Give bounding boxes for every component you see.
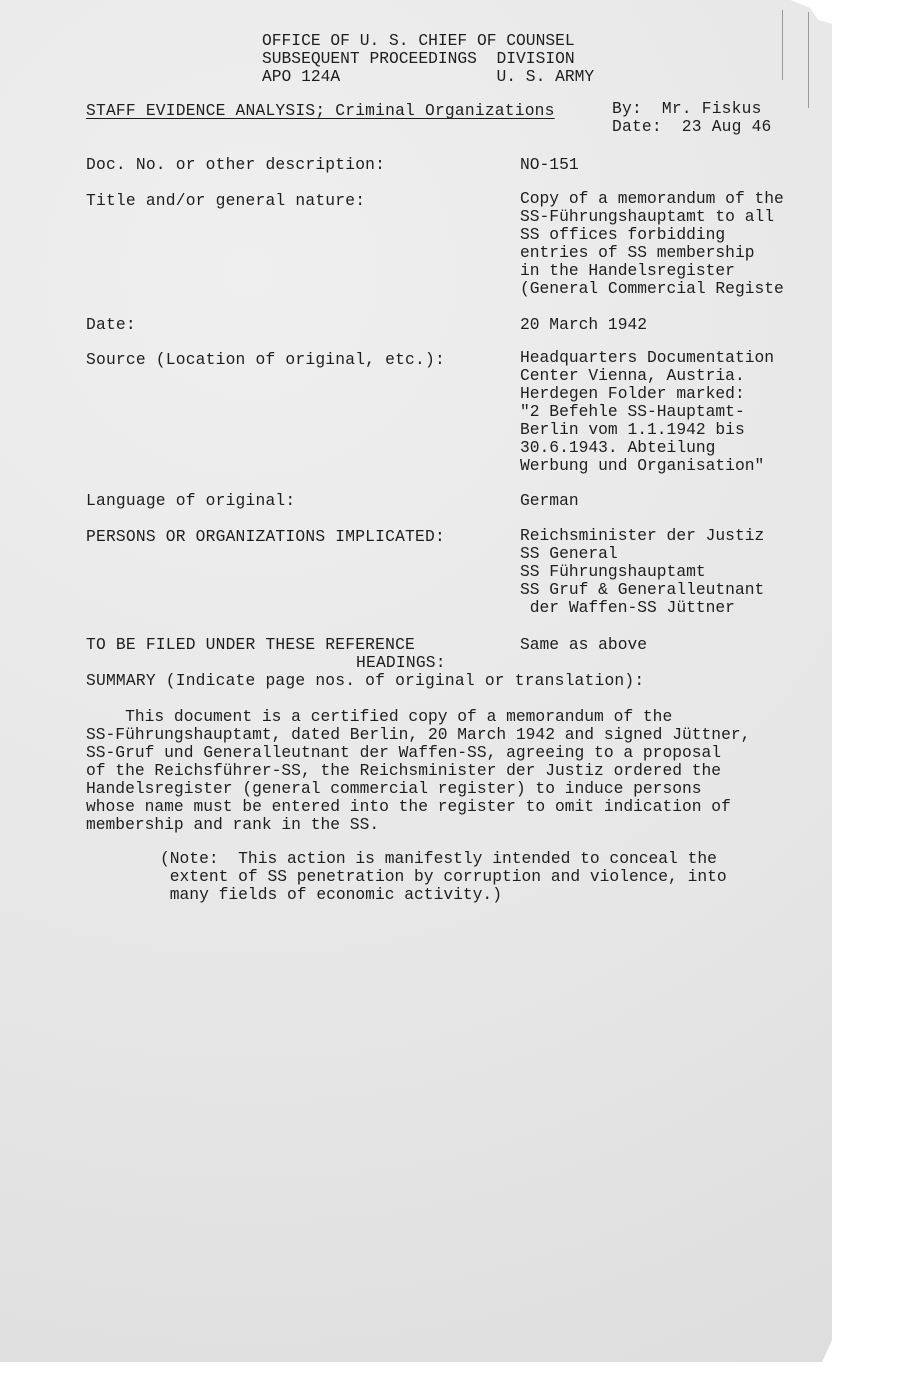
date-value: 20 March 1942 <box>520 316 647 334</box>
persons-value: Reichsminister der Justiz SS General SS … <box>520 527 764 617</box>
summary-note: (Note: This action is manifestly intende… <box>160 850 727 904</box>
office-header: OFFICE OF U. S. CHIEF OF COUNSEL SUBSEQU… <box>262 32 594 86</box>
title-value: Copy of a memorandum of the SS-Führungsh… <box>520 190 784 298</box>
author: By: Mr. Fiskus <box>612 100 762 118</box>
reference-label-headings: HEADINGS: <box>356 654 446 672</box>
title-label: Title and/or general nature: <box>86 192 365 210</box>
source-label: Source (Location of original, etc.): <box>86 351 445 369</box>
summary-label: SUMMARY (Indicate page nos. of original … <box>86 672 644 690</box>
analysis-date: Date: 23 Aug 46 <box>612 118 772 136</box>
language-value: German <box>520 492 579 510</box>
header-line: APO 124A U. S. ARMY <box>262 68 594 86</box>
header-line: OFFICE OF U. S. CHIEF OF COUNSEL <box>262 32 594 50</box>
reference-value: Same as above <box>520 636 647 654</box>
paper-crease <box>782 10 783 80</box>
document-page: OFFICE OF U. S. CHIEF OF COUNSEL SUBSEQU… <box>0 0 832 1362</box>
summary-paragraph: This document is a certified copy of a m… <box>86 708 750 834</box>
doc-no-value: NO-151 <box>520 156 579 174</box>
source-value: Headquarters Documentation Center Vienna… <box>520 349 774 475</box>
persons-label: PERSONS OR ORGANIZATIONS IMPLICATED: <box>86 528 445 546</box>
analysis-title: STAFF EVIDENCE ANALYSIS; Criminal Organi… <box>86 102 555 120</box>
paper-crease <box>808 12 809 108</box>
date-label: Date: <box>86 316 136 334</box>
doc-no-label: Doc. No. or other description: <box>86 156 385 174</box>
header-line: SUBSEQUENT PROCEEDINGS DIVISION <box>262 50 594 68</box>
reference-label: TO BE FILED UNDER THESE REFERENCE <box>86 636 415 654</box>
language-label: Language of original: <box>86 492 295 510</box>
